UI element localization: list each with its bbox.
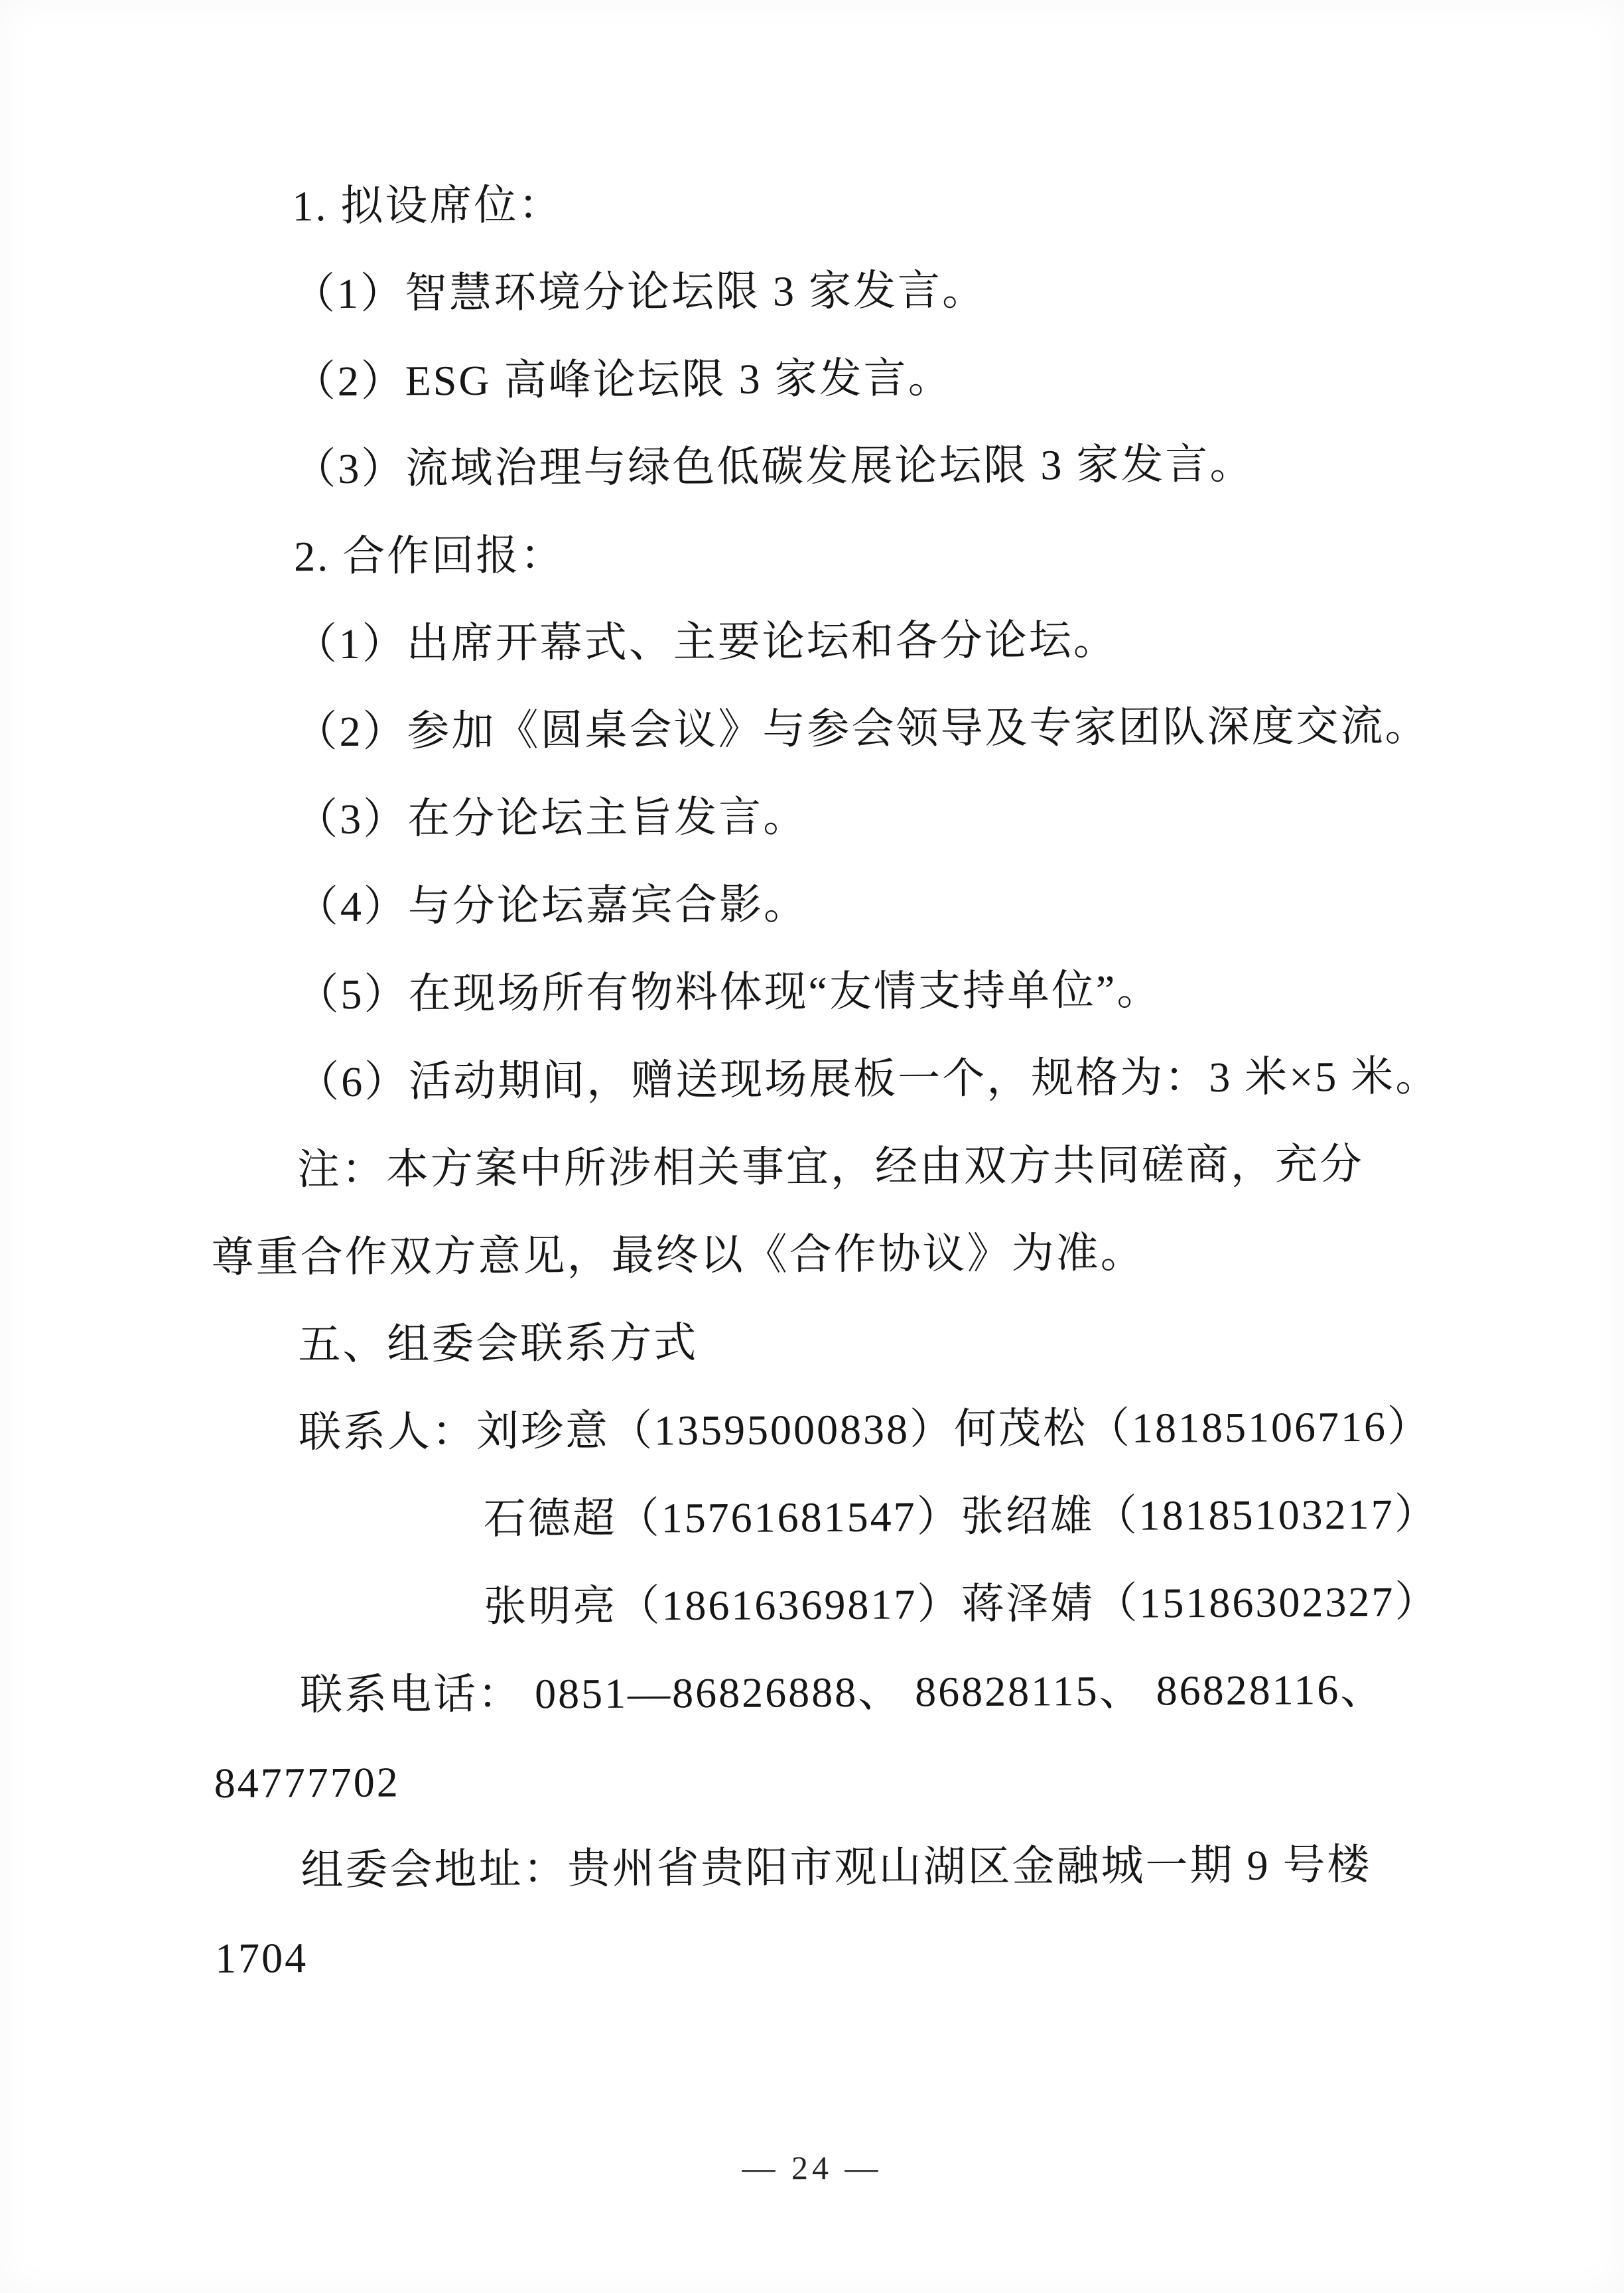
- text-line: 组委会地址：贵州省贵阳市观山湖区金融城一期 9 号楼: [214, 1821, 1439, 1915]
- text-line: （3）在分论坛主旨发言。: [209, 770, 1434, 864]
- text-line: 1704: [215, 1908, 1440, 2002]
- text-line: 2. 合作回报：: [208, 507, 1432, 601]
- text-line: 五、组委会联系方式: [212, 1295, 1436, 1389]
- document-body: 1. 拟设席位：（1）智慧环境分论坛限 3 家发言。（2）ESG 高峰论坛限 3…: [206, 157, 1439, 2002]
- text-line: 石德超（15761681547）张绍雄（18185103217）: [212, 1470, 1437, 1564]
- text-line: （6）活动期间，赠送现场展板一个，规格为：3 米×5 米。: [210, 1032, 1435, 1127]
- document-page: 1. 拟设席位：（1）智慧环境分论坛限 3 家发言。（2）ESG 高峰论坛限 3…: [0, 0, 1624, 2293]
- text-line: 尊重合作双方意见，最终以《合作协议》为准。: [211, 1208, 1436, 1302]
- text-line: 联系人：刘珍意（13595000838）何茂松（18185106716）: [212, 1383, 1437, 1477]
- text-line: 张明亮（18616369817）蒋泽婧（15186302327）: [213, 1558, 1438, 1652]
- text-line: 84777702: [214, 1733, 1438, 1827]
- text-line: （5）在现场所有物料体现“友情支持单位”。: [210, 945, 1434, 1039]
- text-line: （1）智慧环境分论坛限 3 家发言。: [206, 244, 1431, 338]
- text-line: （2）ESG 高峰论坛限 3 家发言。: [206, 332, 1431, 426]
- text-line: （4）与分论坛嘉宾合影。: [210, 857, 1434, 951]
- text-line: （1）出席开幕式、主要论坛和各分论坛。: [208, 594, 1432, 689]
- text-line: 注：本方案中所涉相关事宜，经由双方共同磋商，充分: [211, 1120, 1436, 1214]
- page-number: — 24 —: [0, 2148, 1624, 2187]
- text-line: 1. 拟设席位：: [206, 157, 1430, 251]
- text-line: 联系电话： 0851—86826888、 86828115、 86828116、: [214, 1645, 1438, 1740]
- text-line: （2）参加《圆桌会议》与参会领导及专家团队深度交流。: [208, 682, 1433, 776]
- text-line: （3）流域治理与绿色低碳发展论坛限 3 家发言。: [207, 419, 1432, 514]
